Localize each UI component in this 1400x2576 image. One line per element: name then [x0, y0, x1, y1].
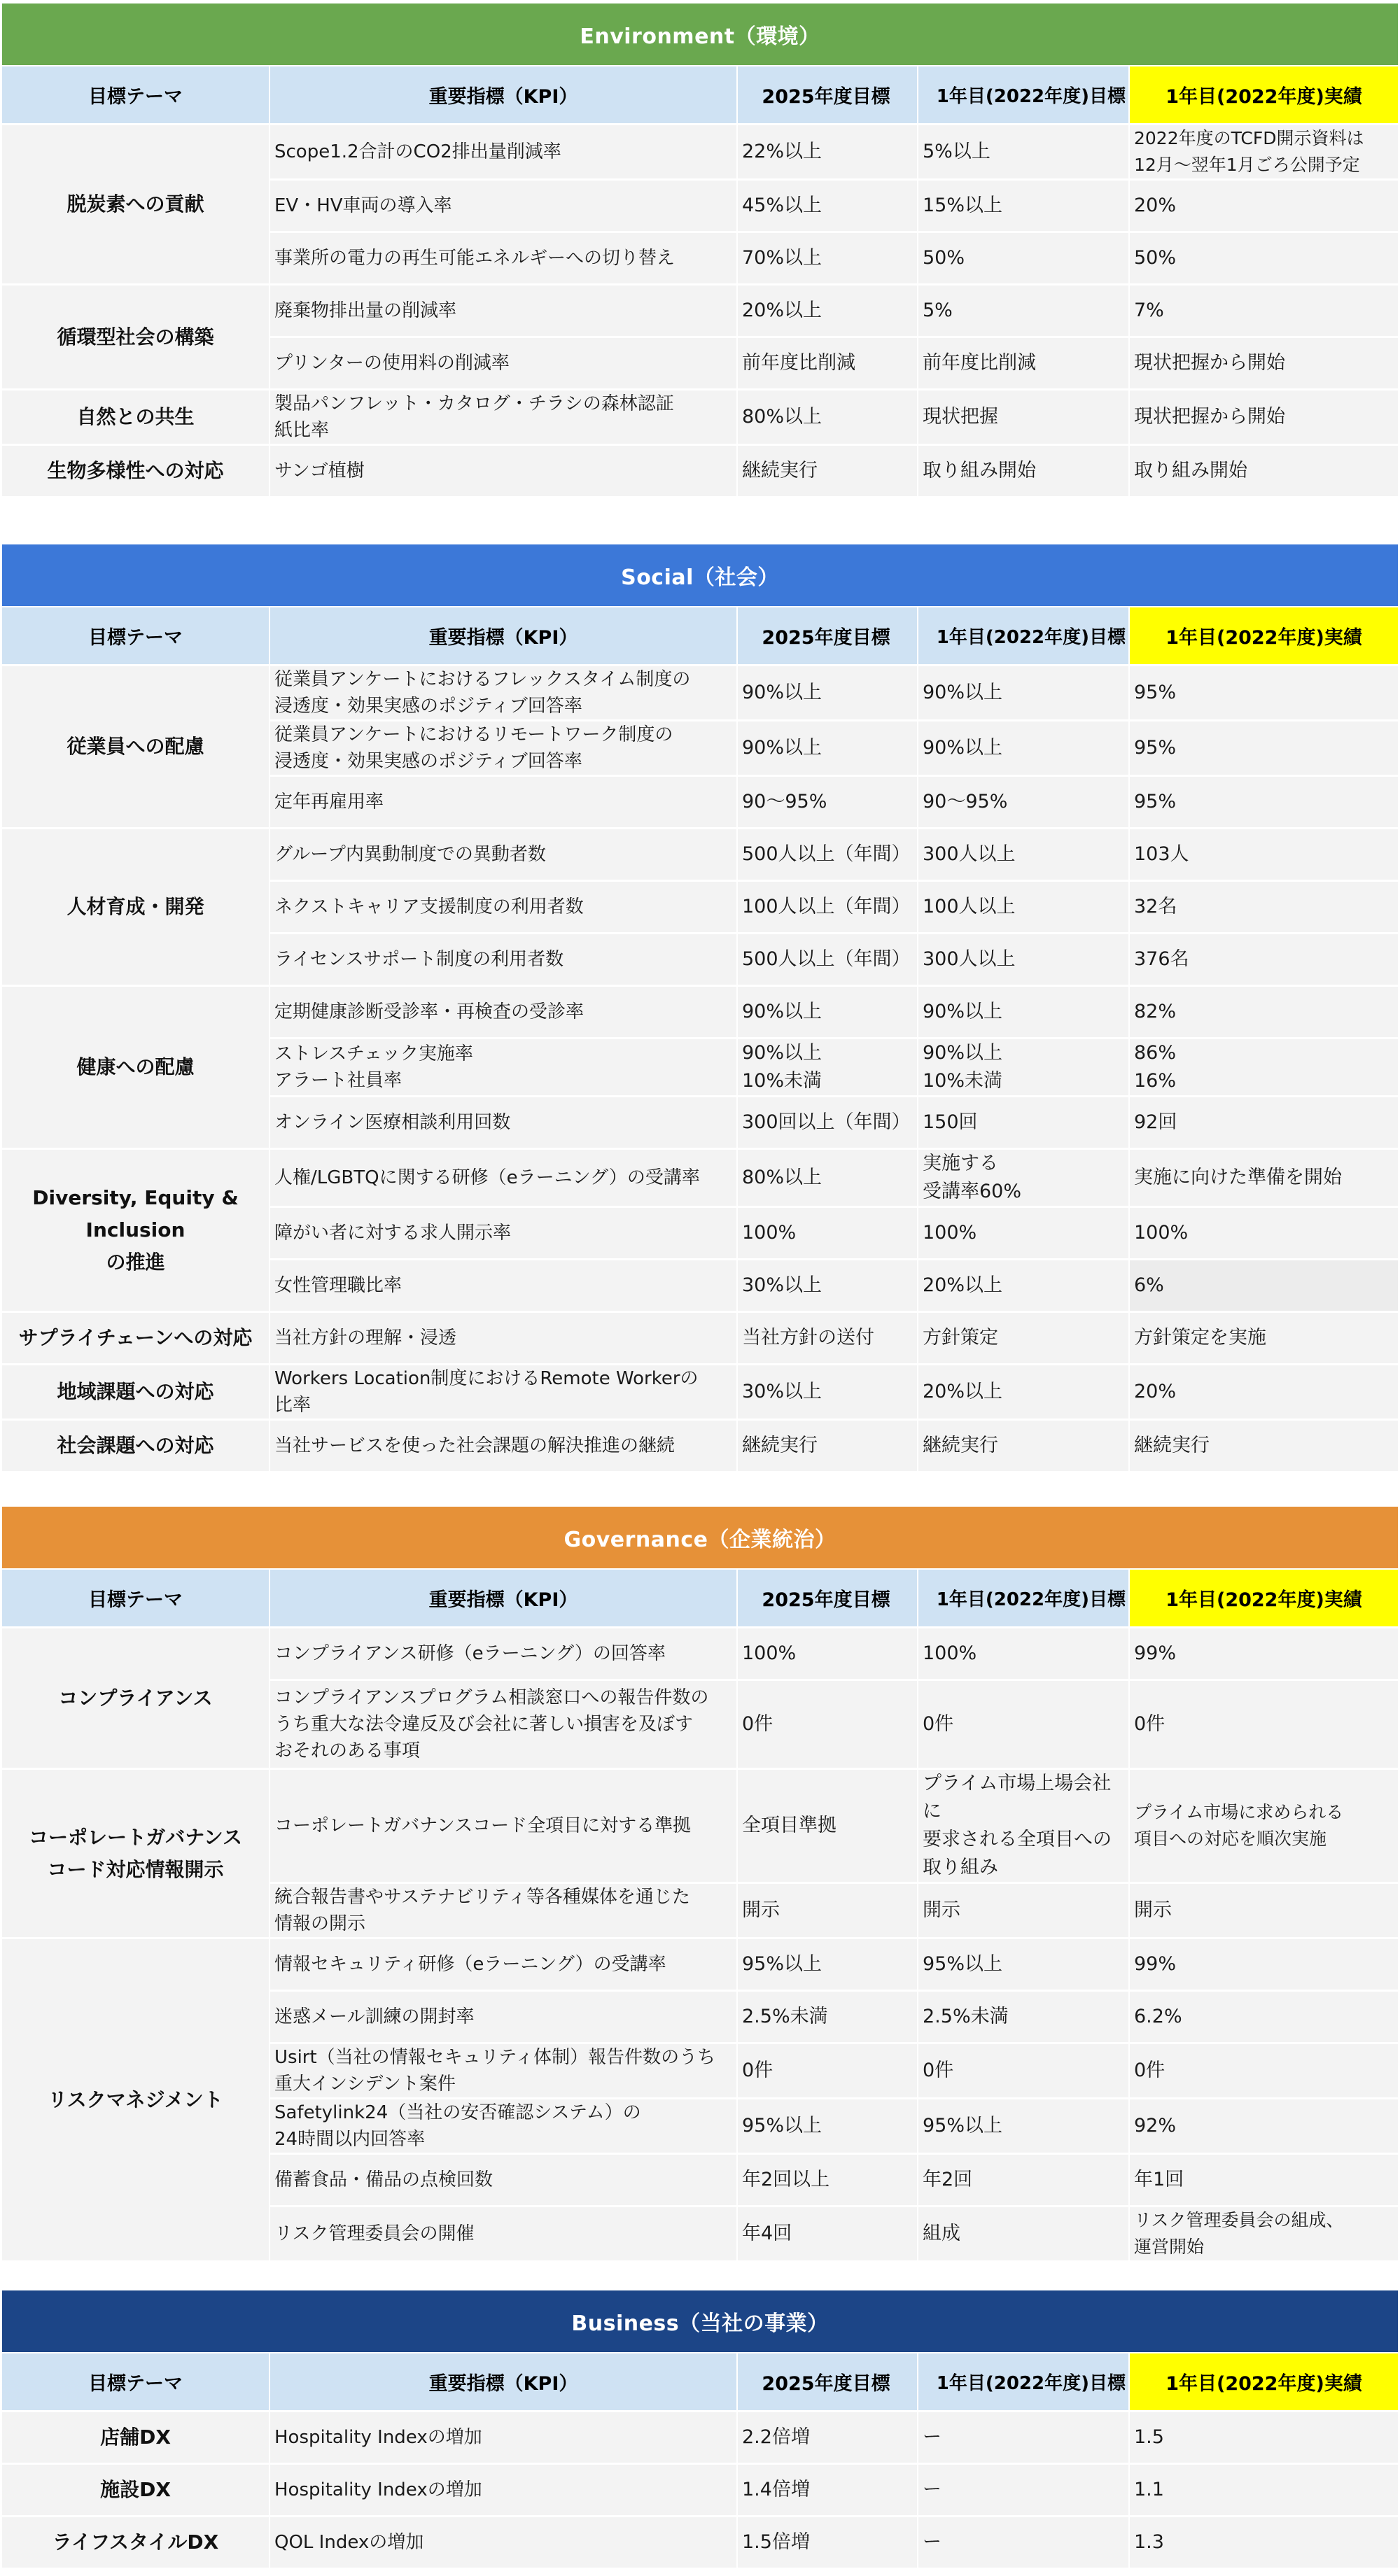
- target-2025-cell: 30%以上: [738, 1365, 918, 1421]
- kpi-cell: 当社サービスを使った社会課題の解決推進の継続: [270, 1421, 738, 1473]
- target-2025-cell: 90%以上: [738, 722, 918, 777]
- kpi-cell: リスク管理委員会の開催: [270, 2207, 738, 2262]
- column-header-theme: 目標テーマ: [2, 1568, 270, 1628]
- kpi-cell: ネクストキャリア支援制度の利用者数: [270, 882, 738, 934]
- kpi-cell: 製品パンフレット・カタログ・チラシの森林認証紙比率: [270, 390, 738, 446]
- target-2022-cell: 継続実行: [918, 1421, 1130, 1473]
- column-header-2022-actual: 1年目(2022年度)実績: [1130, 65, 1398, 125]
- target-2025-cell: 2.5%未満: [738, 1992, 918, 2044]
- column-header-2025-target: 2025年度目標: [738, 1568, 918, 1628]
- actual-2022-cell: 現状把握から開始: [1130, 390, 1398, 446]
- theme-cell: リスクマネジメント: [2, 1939, 270, 2262]
- target-2025-cell: 0件: [738, 2044, 918, 2099]
- actual-2022-cell: 継続実行: [1130, 1421, 1398, 1473]
- table-row: ライフスタイルDXQOL Indexの増加1.5倍増ー1.3: [2, 2517, 1398, 2570]
- actual-2022-cell: 95%: [1130, 777, 1398, 829]
- target-2022-cell: 100%: [918, 1628, 1130, 1681]
- table-row: 社会課題への対応当社サービスを使った社会課題の解決推進の継続継続実行継続実行継続…: [2, 1421, 1398, 1473]
- kpi-cell: ストレスチェック実施率アラート社員率: [270, 1039, 738, 1097]
- kpi-cell: Safetylink24（当社の安否確認システム）の24時間以内回答率: [270, 2099, 738, 2155]
- business-table: 目標テーマ重要指標（KPI）2025年度目標1年目(2022年度)目標1年目(2…: [2, 2352, 1398, 2570]
- target-2025-cell: 年4回: [738, 2207, 918, 2262]
- governance-band: Governance（企業統治）: [2, 1507, 1398, 1568]
- actual-2022-cell: 20%: [1130, 181, 1398, 233]
- actual-2022-cell: 100%: [1130, 1208, 1398, 1260]
- target-2025-cell: 開示: [738, 1884, 918, 1939]
- business-band: Business（当社の事業）: [2, 2290, 1398, 2352]
- actual-2022-cell: 92回: [1130, 1097, 1398, 1150]
- kpi-cell: 廃棄物排出量の削減率: [270, 286, 738, 338]
- target-2025-cell: 前年度比削減: [738, 338, 918, 390]
- environment-title: Environment（環境）: [580, 19, 820, 50]
- column-header-2022-target: 1年目(2022年度)目標: [918, 1568, 1130, 1628]
- actual-2022-cell: 実施に向けた準備を開始: [1130, 1150, 1398, 1208]
- actual-2022-cell: 1.5: [1130, 2412, 1398, 2465]
- actual-2022-cell: 年1回: [1130, 2155, 1398, 2207]
- actual-2022-cell: 取り組み開始: [1130, 446, 1398, 498]
- target-2022-cell: 20%以上: [918, 1260, 1130, 1313]
- target-2025-cell: 300回以上（年間）: [738, 1097, 918, 1150]
- theme-cell: 健康への配慮: [2, 987, 270, 1150]
- table-row: 脱炭素への貢献Scope1.2合計のCO2排出量削減率22%以上5%以上2022…: [2, 125, 1398, 181]
- kpi-cell: 事業所の電力の再生可能エネルギーへの切り替え: [270, 233, 738, 286]
- column-header-row: 目標テーマ重要指標（KPI）2025年度目標1年目(2022年度)目標1年目(2…: [2, 65, 1398, 125]
- table-row: サプライチェーンへの対応当社方針の理解・浸透当社方針の送付方針策定方針策定を実施: [2, 1313, 1398, 1365]
- social-section: Social（社会） 目標テーマ重要指標（KPI）2025年度目標1年目(202…: [2, 544, 1398, 1473]
- target-2025-cell: 20%以上: [738, 286, 918, 338]
- actual-2022-cell: 95%: [1130, 722, 1398, 777]
- kpi-cell: 備蓄食品・備品の点検回数: [270, 2155, 738, 2207]
- table-row: 生物多様性への対応サンゴ植樹継続実行取り組み開始取り組み開始: [2, 446, 1398, 498]
- table-row: コーポレートガバナンスコード対応情報開示コーポレートガバナンスコード全項目に対す…: [2, 1770, 1398, 1884]
- kpi-cell: Usirt（当社の情報セキュリティ体制）報告件数のうち重大インシデント案件: [270, 2044, 738, 2099]
- kpi-cell: コンプライアンスプログラム相談窓口への報告件数のうち重大な法令違反及び会社に著し…: [270, 1681, 738, 1770]
- kpi-cell: 女性管理職比率: [270, 1260, 738, 1313]
- target-2022-cell: 取り組み開始: [918, 446, 1130, 498]
- actual-2022-cell: プライム市場に求められる項目への対応を順次実施: [1130, 1770, 1398, 1884]
- target-2022-cell: 90%以上10%未満: [918, 1039, 1130, 1097]
- target-2022-cell: 90～95%: [918, 777, 1130, 829]
- target-2022-cell: 95%以上: [918, 1939, 1130, 1992]
- actual-2022-cell: 2022年度のTCFD開示資料は12月～翌年1月ごろ公開予定: [1130, 125, 1398, 181]
- column-header-kpi: 重要指標（KPI）: [270, 65, 738, 125]
- kpi-cell: プリンターの使用料の削減率: [270, 338, 738, 390]
- target-2025-cell: 22%以上: [738, 125, 918, 181]
- column-header-row: 目標テーマ重要指標（KPI）2025年度目標1年目(2022年度)目標1年目(2…: [2, 606, 1398, 666]
- target-2025-cell: 80%以上: [738, 390, 918, 446]
- social-title: Social（社会）: [621, 560, 779, 591]
- target-2022-cell: ー: [918, 2465, 1130, 2517]
- column-header-theme: 目標テーマ: [2, 606, 270, 666]
- target-2025-cell: 100人以上（年間）: [738, 882, 918, 934]
- actual-2022-cell: 方針策定を実施: [1130, 1313, 1398, 1365]
- table-row: 人材育成・開発グループ内異動制度での異動者数500人以上（年間）300人以上10…: [2, 829, 1398, 882]
- environment-band: Environment（環境）: [2, 3, 1398, 65]
- target-2022-cell: 前年度比削減: [918, 338, 1130, 390]
- business-section: Business（当社の事業） 目標テーマ重要指標（KPI）2025年度目標1年…: [2, 2290, 1398, 2570]
- kpi-cell: 従業員アンケートにおけるフレックスタイム制度の浸透度・効果実感のポジティブ回答率: [270, 666, 738, 722]
- theme-cell: 従業員への配慮: [2, 666, 270, 829]
- kpi-cell: 従業員アンケートにおけるリモートワーク制度の浸透度・効果実感のポジティブ回答率: [270, 722, 738, 777]
- target-2025-cell: 70%以上: [738, 233, 918, 286]
- target-2025-cell: 継続実行: [738, 1421, 918, 1473]
- target-2025-cell: 90%以上: [738, 666, 918, 722]
- target-2025-cell: 95%以上: [738, 1939, 918, 1992]
- column-header-2022-target: 1年目(2022年度)目標: [918, 606, 1130, 666]
- table-row: 自然との共生製品パンフレット・カタログ・チラシの森林認証紙比率80%以上現状把握…: [2, 390, 1398, 446]
- target-2025-cell: 0件: [738, 1681, 918, 1770]
- target-2022-cell: プライム市場上場会社に要求される全項目への取り組み: [918, 1770, 1130, 1884]
- column-header-kpi: 重要指標（KPI）: [270, 2352, 738, 2412]
- actual-2022-cell: 6.2%: [1130, 1992, 1398, 2044]
- target-2022-cell: 300人以上: [918, 829, 1130, 882]
- theme-cell: ライフスタイルDX: [2, 2517, 270, 2570]
- kpi-cell: 人権/LGBTQに関する研修（eラーニング）の受講率: [270, 1150, 738, 1208]
- kpi-cell: 迷惑メール訓練の開封率: [270, 1992, 738, 2044]
- target-2022-cell: 5%以上: [918, 125, 1130, 181]
- column-header-theme: 目標テーマ: [2, 2352, 270, 2412]
- kpi-cell: コンプライアンス研修（eラーニング）の回答率: [270, 1628, 738, 1681]
- target-2022-cell: 90%以上: [918, 722, 1130, 777]
- column-header-2025-target: 2025年度目標: [738, 65, 918, 125]
- theme-cell: サプライチェーンへの対応: [2, 1313, 270, 1365]
- table-row: リスクマネジメント情報セキュリティ研修（eラーニング）の受講率95%以上95%以…: [2, 1939, 1398, 1992]
- column-header-row: 目標テーマ重要指標（KPI）2025年度目標1年目(2022年度)目標1年目(2…: [2, 1568, 1398, 1628]
- target-2022-cell: 0件: [918, 1681, 1130, 1770]
- actual-2022-cell: 92%: [1130, 2099, 1398, 2155]
- target-2025-cell: 500人以上（年間）: [738, 934, 918, 987]
- actual-2022-cell: 0件: [1130, 1681, 1398, 1770]
- column-header-2022-actual: 1年目(2022年度)実績: [1130, 1568, 1398, 1628]
- target-2022-cell: 開示: [918, 1884, 1130, 1939]
- kpi-cell: 情報セキュリティ研修（eラーニング）の受講率: [270, 1939, 738, 1992]
- actual-2022-cell: 86%16%: [1130, 1039, 1398, 1097]
- target-2022-cell: 100%: [918, 1208, 1130, 1260]
- target-2022-cell: 5%: [918, 286, 1130, 338]
- target-2022-cell: 組成: [918, 2207, 1130, 2262]
- target-2025-cell: 2.2倍増: [738, 2412, 918, 2465]
- actual-2022-cell: 50%: [1130, 233, 1398, 286]
- target-2022-cell: ー: [918, 2412, 1130, 2465]
- kpi-cell: EV・HV車両の導入率: [270, 181, 738, 233]
- theme-cell: 社会課題への対応: [2, 1421, 270, 1473]
- actual-2022-cell: 0件: [1130, 2044, 1398, 2099]
- actual-2022-cell: リスク管理委員会の組成、運営開始: [1130, 2207, 1398, 2262]
- target-2022-cell: 95%以上: [918, 2099, 1130, 2155]
- table-row: 店舗DXHospitality Indexの増加2.2倍増ー1.5: [2, 2412, 1398, 2465]
- environment-section: Environment（環境） 目標テーマ重要指標（KPI）2025年度目標1年…: [2, 3, 1398, 498]
- target-2025-cell: 45%以上: [738, 181, 918, 233]
- actual-2022-cell: 20%: [1130, 1365, 1398, 1421]
- theme-cell: 人材育成・開発: [2, 829, 270, 987]
- target-2022-cell: 100人以上: [918, 882, 1130, 934]
- business-title: Business（当社の事業）: [571, 2306, 828, 2337]
- column-header-2022-actual: 1年目(2022年度)実績: [1130, 2352, 1398, 2412]
- target-2025-cell: 全項目準拠: [738, 1770, 918, 1884]
- actual-2022-cell: 376名: [1130, 934, 1398, 987]
- column-header-kpi: 重要指標（KPI）: [270, 1568, 738, 1628]
- kpi-cell: QOL Indexの増加: [270, 2517, 738, 2570]
- table-row: コンプライアンスコンプライアンス研修（eラーニング）の回答率100%100%99…: [2, 1628, 1398, 1681]
- target-2025-cell: 100%: [738, 1208, 918, 1260]
- kpi-cell: Workers Location制度におけるRemote Workerの比率: [270, 1365, 738, 1421]
- kpi-cell: 統合報告書やサステナビリティ等各種媒体を通じた情報の開示: [270, 1884, 738, 1939]
- column-header-2022-target: 1年目(2022年度)目標: [918, 2352, 1130, 2412]
- kpi-cell: Hospitality Indexの増加: [270, 2465, 738, 2517]
- social-table: 目標テーマ重要指標（KPI）2025年度目標1年目(2022年度)目標1年目(2…: [2, 606, 1398, 1473]
- target-2022-cell: 300人以上: [918, 934, 1130, 987]
- column-header-2025-target: 2025年度目標: [738, 606, 918, 666]
- target-2022-cell: 現状把握: [918, 390, 1130, 446]
- actual-2022-cell: 1.1: [1130, 2465, 1398, 2517]
- target-2022-cell: 150回: [918, 1097, 1130, 1150]
- column-header-2022-actual: 1年目(2022年度)実績: [1130, 606, 1398, 666]
- actual-2022-cell: 103人: [1130, 829, 1398, 882]
- table-row: 循環型社会の構築廃棄物排出量の削減率20%以上5%7%: [2, 286, 1398, 338]
- theme-cell: 地域課題への対応: [2, 1365, 270, 1421]
- target-2025-cell: 30%以上: [738, 1260, 918, 1313]
- governance-table: 目標テーマ重要指標（KPI）2025年度目標1年目(2022年度)目標1年目(2…: [2, 1568, 1398, 2262]
- target-2025-cell: 95%以上: [738, 2099, 918, 2155]
- kpi-cell: グループ内異動制度での異動者数: [270, 829, 738, 882]
- kpi-cell: 当社方針の理解・浸透: [270, 1313, 738, 1365]
- column-header-2025-target: 2025年度目標: [738, 2352, 918, 2412]
- target-2022-cell: 90%以上: [918, 666, 1130, 722]
- target-2025-cell: 1.5倍増: [738, 2517, 918, 2570]
- target-2025-cell: 500人以上（年間）: [738, 829, 918, 882]
- target-2022-cell: 方針策定: [918, 1313, 1130, 1365]
- target-2022-cell: 年2回: [918, 2155, 1130, 2207]
- theme-cell: 店舗DX: [2, 2412, 270, 2465]
- target-2025-cell: 当社方針の送付: [738, 1313, 918, 1365]
- target-2025-cell: 90%以上: [738, 987, 918, 1039]
- target-2022-cell: ー: [918, 2517, 1130, 2570]
- actual-2022-cell: 6%: [1130, 1260, 1398, 1313]
- kpi-cell: サンゴ植樹: [270, 446, 738, 498]
- actual-2022-cell: 99%: [1130, 1939, 1398, 1992]
- theme-cell: 施設DX: [2, 2465, 270, 2517]
- theme-cell: 脱炭素への貢献: [2, 125, 270, 286]
- target-2025-cell: 90～95%: [738, 777, 918, 829]
- governance-section: Governance（企業統治） 目標テーマ重要指標（KPI）2025年度目標1…: [2, 1507, 1398, 2262]
- theme-cell: コンプライアンス: [2, 1628, 270, 1770]
- target-2022-cell: 20%以上: [918, 1365, 1130, 1421]
- actual-2022-cell: 82%: [1130, 987, 1398, 1039]
- target-2025-cell: 100%: [738, 1628, 918, 1681]
- kpi-cell: 定年再雇用率: [270, 777, 738, 829]
- target-2022-cell: 90%以上: [918, 987, 1130, 1039]
- theme-cell: Diversity, Equity &Inclusionの推進: [2, 1150, 270, 1313]
- kpi-cell: 障がい者に対する求人開示率: [270, 1208, 738, 1260]
- theme-cell: 自然との共生: [2, 390, 270, 446]
- kpi-cell: オンライン医療相談利用回数: [270, 1097, 738, 1150]
- kpi-cell: コーポレートガバナンスコード全項目に対する準拠: [270, 1770, 738, 1884]
- governance-title: Governance（企業統治）: [563, 1522, 836, 1553]
- target-2025-cell: 年2回以上: [738, 2155, 918, 2207]
- actual-2022-cell: 開示: [1130, 1884, 1398, 1939]
- table-row: 健康への配慮定期健康診断受診率・再検査の受診率90%以上90%以上82%: [2, 987, 1398, 1039]
- kpi-cell: 定期健康診断受診率・再検査の受診率: [270, 987, 738, 1039]
- target-2025-cell: 90%以上10%未満: [738, 1039, 918, 1097]
- target-2022-cell: 実施する受講率60%: [918, 1150, 1130, 1208]
- theme-cell: 循環型社会の構築: [2, 286, 270, 390]
- column-header-2022-target: 1年目(2022年度)目標: [918, 65, 1130, 125]
- actual-2022-cell: 99%: [1130, 1628, 1398, 1681]
- column-header-kpi: 重要指標（KPI）: [270, 606, 738, 666]
- actual-2022-cell: 1.3: [1130, 2517, 1398, 2570]
- kpi-cell: Scope1.2合計のCO2排出量削減率: [270, 125, 738, 181]
- kpi-cell: ライセンスサポート制度の利用者数: [270, 934, 738, 987]
- column-header-row: 目標テーマ重要指標（KPI）2025年度目標1年目(2022年度)目標1年目(2…: [2, 2352, 1398, 2412]
- theme-cell: コーポレートガバナンスコード対応情報開示: [2, 1770, 270, 1939]
- actual-2022-cell: 7%: [1130, 286, 1398, 338]
- actual-2022-cell: 95%: [1130, 666, 1398, 722]
- table-row: 従業員への配慮従業員アンケートにおけるフレックスタイム制度の浸透度・効果実感のポ…: [2, 666, 1398, 722]
- environment-table: 目標テーマ重要指標（KPI）2025年度目標1年目(2022年度)目標1年目(2…: [2, 65, 1398, 498]
- kpi-cell: Hospitality Indexの増加: [270, 2412, 738, 2465]
- theme-cell: 生物多様性への対応: [2, 446, 270, 498]
- target-2025-cell: 80%以上: [738, 1150, 918, 1208]
- target-2022-cell: 50%: [918, 233, 1130, 286]
- table-row: Diversity, Equity &Inclusionの推進人権/LGBTQに…: [2, 1150, 1398, 1208]
- table-row: 地域課題への対応Workers Location制度におけるRemote Wor…: [2, 1365, 1398, 1421]
- target-2022-cell: 2.5%未満: [918, 1992, 1130, 2044]
- actual-2022-cell: 32名: [1130, 882, 1398, 934]
- target-2025-cell: 1.4倍増: [738, 2465, 918, 2517]
- target-2022-cell: 0件: [918, 2044, 1130, 2099]
- actual-2022-cell: 現状把握から開始: [1130, 338, 1398, 390]
- social-band: Social（社会）: [2, 544, 1398, 606]
- table-row: 施設DXHospitality Indexの増加1.4倍増ー1.1: [2, 2465, 1398, 2517]
- column-header-theme: 目標テーマ: [2, 65, 270, 125]
- target-2025-cell: 継続実行: [738, 446, 918, 498]
- target-2022-cell: 15%以上: [918, 181, 1130, 233]
